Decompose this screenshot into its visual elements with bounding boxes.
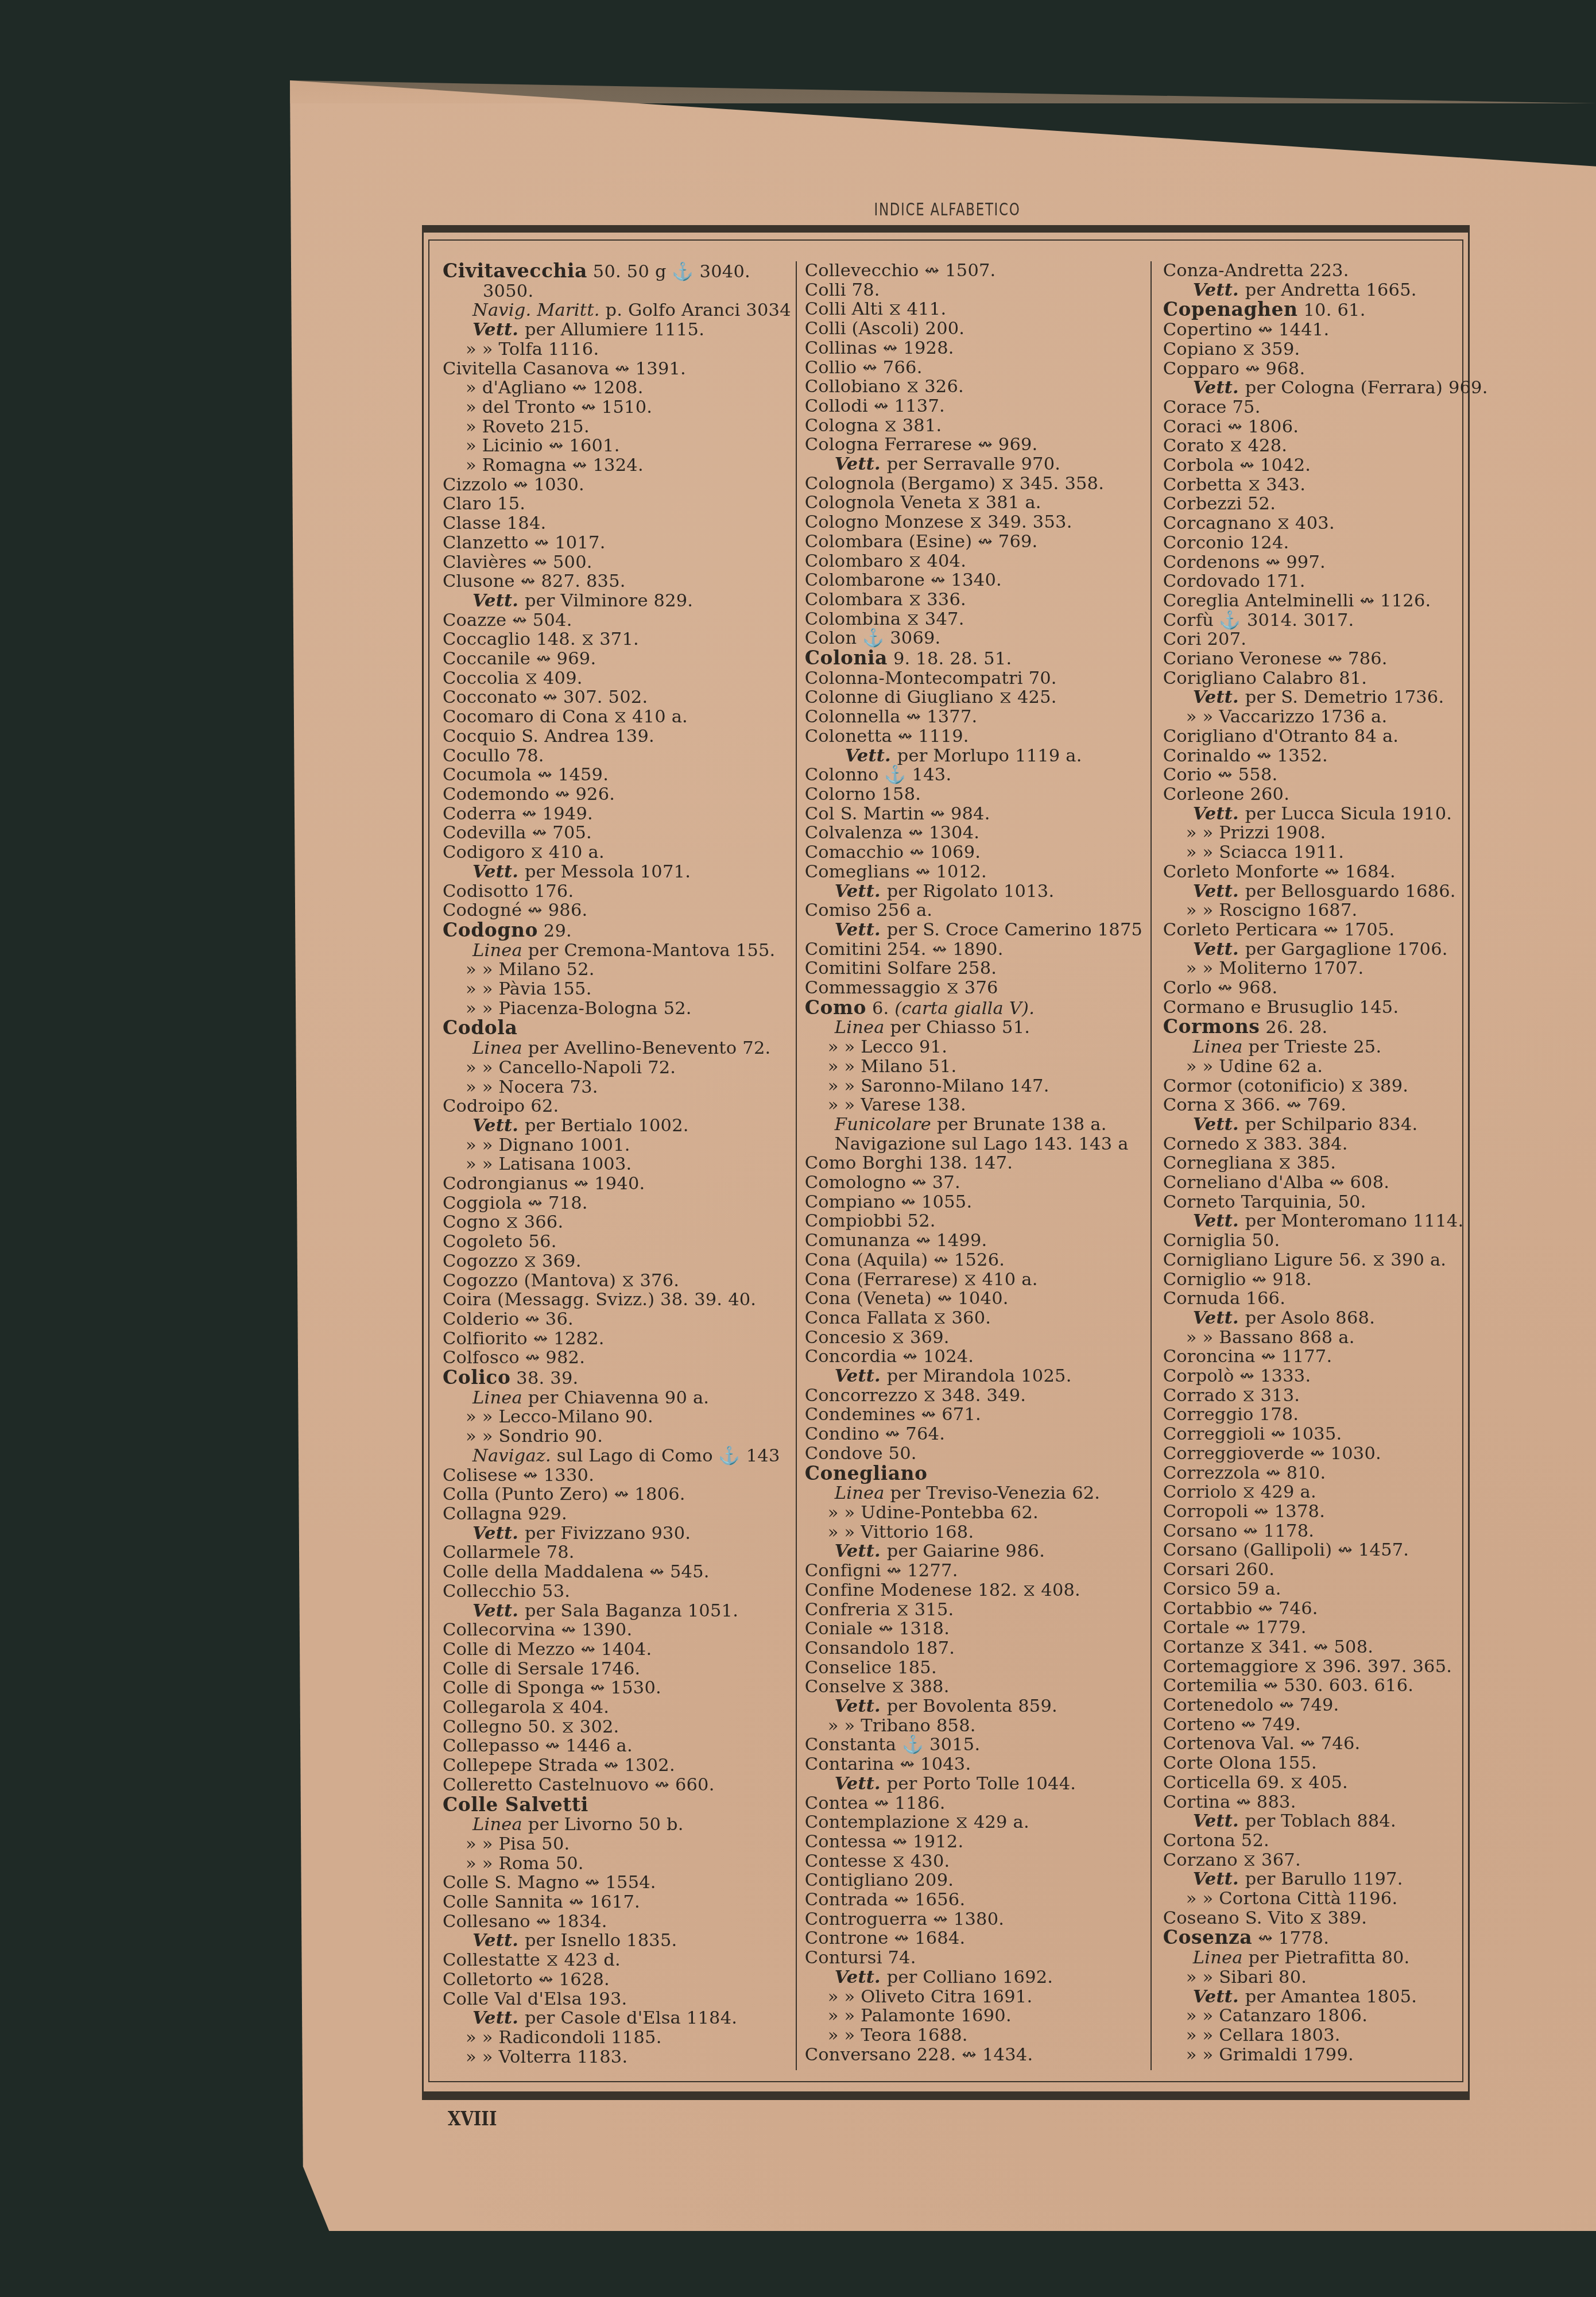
entry-text: per Fivizzano 930. (525, 1523, 691, 1544)
entry-text: Coggiola ↭ 718. (443, 1193, 588, 1213)
service-keyword: Vett. (472, 2008, 525, 2028)
place-name-bold: Colico (443, 1366, 510, 1389)
entry-text: » » Sciacca 1911. (1186, 842, 1344, 863)
entry-text: per Colliano 1692. (887, 1967, 1053, 1987)
index-entry: » » Sondrio 90. (443, 1427, 791, 1447)
index-entry: Correggioli ↭ 1035. (1163, 1425, 1488, 1444)
entry-text: » Licinio ↭ 1601. (466, 436, 620, 456)
service-keyword: Vett. (835, 1366, 887, 1386)
index-entry: Vett. per Monteromano 1114. (1163, 1212, 1488, 1231)
index-entry: Linea per Chiasso 51. (805, 1018, 1146, 1038)
entry-text: per Monteromano 1114. (1245, 1211, 1464, 1231)
service-keyword: Vett. (835, 919, 887, 940)
index-entry: Colognola (Bergamo) ⧖ 345. 358. (805, 474, 1146, 494)
index-entry: Commessaggio ⧖ 376 (805, 979, 1146, 998)
entry-text: Colognola Veneta ⧖ 381 a. (805, 493, 1041, 513)
index-entry: Vett. per Cologna (Ferrara) 969. (1163, 378, 1488, 398)
index-column-2: Collevecchio ↭ 1507.Colli 78.Colli Alti … (797, 261, 1152, 2070)
entry-text: Colonne di Giugliano ⧖ 425. (805, 687, 1057, 707)
index-entry: Condemines ↭ 671. (805, 1405, 1146, 1425)
index-entry: Corte Olona 155. (1163, 1754, 1488, 1773)
index-entry: » » Grimaldi 1799. (1163, 2045, 1488, 2065)
index-entry-heading: Codola (443, 1018, 791, 1039)
entry-text: per Casole d'Elsa 1184. (525, 2008, 737, 2028)
service-keyword: Vett. (472, 1930, 525, 1951)
entry-text: » » Lecco 91. (828, 1037, 947, 1057)
entry-text: Controguerra ↭ 1380. (805, 1909, 1004, 1929)
index-entry: Collarmele 78. (443, 1543, 791, 1563)
index-entry: Colle di Mezzo ↭ 1404. (443, 1640, 791, 1660)
entry-text: Collarmele 78. (443, 1542, 575, 1563)
entry-text: per Pietrafitta 80. (1249, 1948, 1410, 1968)
index-entry: Cogozzo ⧖ 369. (443, 1252, 791, 1271)
entry-text: p. Golfo Aranci 3034 (605, 300, 791, 320)
index-entry: Cona (Veneta) ↭ 1040. (805, 1289, 1146, 1309)
index-entry: Colleretto Castelnuovo ↭ 660. (443, 1776, 791, 1795)
index-entry: » » Milano 51. (805, 1057, 1146, 1077)
entry-text: per Porto Tolle 1044. (887, 1774, 1076, 1794)
index-entry: Copparo ↭ 968. (1163, 359, 1488, 379)
index-entry: Confine Modenese 182. ⧖ 408. (805, 1581, 1146, 1600)
index-entry: Linea per Avellino-Benevento 72. (443, 1039, 791, 1058)
service-keyword: Vett. (1193, 881, 1245, 902)
entry-text: Colombina ⧖ 347. (805, 609, 964, 629)
entry-text: Corriolo ⧖ 429 a. (1163, 1482, 1316, 1502)
entry-text: Codigoro ⧖ 410 a. (443, 842, 605, 863)
index-entry-heading: Como 6. (carta gialla V). (805, 998, 1146, 1019)
entry-text: Coraci ↭ 1806. (1163, 417, 1299, 437)
index-entry: Como Borghi 138. 147. (805, 1154, 1146, 1173)
entry-text: Collio ↭ 766. (805, 358, 923, 378)
entry-text: per Vilminore 829. (525, 591, 693, 611)
entry-text: per Gaiarine 986. (887, 1541, 1045, 1561)
index-entry: Contigliano 209. (805, 1871, 1146, 1890)
entry-text: Colombara ⧖ 336. (805, 590, 966, 610)
entry-text: » » Oliveto Citra 1691. (828, 1987, 1033, 2007)
index-entry: Coseano S. Vito ⧖ 389. (1163, 1909, 1488, 1928)
page-refs: 29. (538, 921, 572, 941)
entry-text: Coccolia ⧖ 409. (443, 668, 583, 689)
index-entry: Cortanze ⧖ 341. ↭ 508. (1163, 1638, 1488, 1657)
entry-text: Corna ⧖ 366. ↭ 769. (1163, 1095, 1346, 1115)
service-keyword: Vett. (835, 1773, 887, 1794)
index-entry: Corbezzi 52. (1163, 494, 1488, 514)
index-entry: Comacchio ↭ 1069. (805, 843, 1146, 863)
index-entry: Coraci ↭ 1806. (1163, 417, 1488, 437)
service-keyword: Vett. (472, 1115, 525, 1136)
index-entry: Contarina ↭ 1043. (805, 1755, 1146, 1774)
entry-text: Cornigliano Ligure 56. ⧖ 390 a. (1163, 1250, 1446, 1270)
entry-text: 3050. (483, 281, 533, 301)
entry-text: » » Palamonte 1690. (828, 2006, 1012, 2026)
index-entry: Conca Fallata ⧖ 360. (805, 1309, 1146, 1328)
service-keyword: Vett. (472, 319, 525, 340)
entry-text: per Toblach 884. (1245, 1811, 1396, 1831)
index-entry: Corio ↭ 558. (1163, 765, 1488, 785)
map-note: (carta gialla V). (889, 999, 1035, 1019)
entry-text: Correggioverde ↭ 1030. (1163, 1444, 1381, 1464)
index-entry: Coniale ↭ 1318. (805, 1619, 1146, 1639)
entry-text: » » Cortona Città 1196. (1186, 1889, 1398, 1909)
place-name-bold: Como (805, 996, 866, 1019)
entry-text: » » Cancello-Napoli 72. (466, 1058, 676, 1078)
index-entry: Colombara ⧖ 336. (805, 590, 1146, 610)
entry-text: Constanta ⚓ 3015. (805, 1735, 981, 1755)
index-entry: Coreglia Antelminelli ↭ 1126. (1163, 591, 1488, 611)
entry-text: » » Teora 1688. (828, 2025, 968, 2045)
index-entry: Codrongianus ↭ 1940. (443, 1174, 791, 1194)
entry-text: Colombarone ↭ 1340. (805, 570, 1002, 590)
index-entry: Corneto Tarquinia, 50. (1163, 1193, 1488, 1212)
index-entry: Condino ↭ 764. (805, 1425, 1146, 1444)
index-entry: Cortenedolo ↭ 749. (1163, 1696, 1488, 1715)
entry-text: » » Sibari 80. (1186, 1967, 1307, 1987)
index-entry: Cortale ↭ 1779. (1163, 1618, 1488, 1638)
entry-text: Collepepe Strada ↭ 1302. (443, 1755, 675, 1776)
index-entry: Cornigliano Ligure 56. ⧖ 390 a. (1163, 1251, 1488, 1270)
index-entry: Cona (Ferrarese) ⧖ 410 a. (805, 1270, 1146, 1290)
entry-text: » » Moliterno 1707. (1186, 958, 1364, 979)
index-entry: Colli 78. (805, 281, 1146, 300)
entry-text: per Bertialo 1002. (525, 1116, 689, 1136)
entry-text: » » Udine-Pontebba 62. (828, 1503, 1039, 1523)
entry-text: Cona (Aquila) ↭ 1526. (805, 1250, 1005, 1270)
entry-text: per Cologna (Ferrara) 969. (1245, 378, 1488, 398)
entry-text: » » Vaccarizzo 1736 a. (1186, 707, 1388, 727)
index-entry: Controguerra ↭ 1380. (805, 1910, 1146, 1929)
index-entry: » » Nocera 73. (443, 1078, 791, 1097)
entry-text: Concorrezzo ⧖ 348. 349. (805, 1386, 1026, 1406)
entry-text: Corsano (Gallipoli) ↭ 1457. (1163, 1540, 1409, 1560)
index-entry: » » Udine 62 a. (1163, 1057, 1488, 1077)
index-entry: Corleto Perticara ↭ 1705. (1163, 921, 1488, 940)
index-entry: Comitini 254. ↭ 1890. (805, 940, 1146, 960)
entry-text: » d'Agliano ↭ 1208. (466, 378, 644, 398)
entry-text: Confreria ⧖ 315. (805, 1600, 954, 1620)
index-entry: » » Lecco 91. (805, 1038, 1146, 1057)
index-entry: Configni ↭ 1277. (805, 1561, 1146, 1581)
index-entry: Cocumola ↭ 1459. (443, 765, 791, 785)
index-entry: Cogoleto 56. (443, 1232, 791, 1252)
entry-text: Corniglio ↭ 918. (1163, 1270, 1312, 1290)
index-entry: Cogozzo (Mantova) ⧖ 376. (443, 1271, 791, 1291)
index-entry: Cocquio S. Andrea 139. (443, 727, 791, 747)
index-entry: Corconio 124. (1163, 533, 1488, 553)
index-entry: Corna ⧖ 366. ↭ 769. (1163, 1096, 1488, 1115)
entry-text: » » Roma 50. (466, 1854, 584, 1874)
entry-text: Coira (Messagg. Svizz.) 38. 39. 40. (443, 1290, 756, 1310)
entry-text: Colisese ↭ 1330. (443, 1465, 594, 1486)
index-entry: » » Lecco-Milano 90. (443, 1407, 791, 1427)
entry-text: » » Grimaldi 1799. (1186, 2045, 1354, 2065)
index-entry: Colvalenza ↭ 1304. (805, 823, 1146, 843)
entry-text: Compiobbi 52. (805, 1211, 936, 1231)
index-entry: Vett. per Allumiere 1115. (443, 320, 791, 340)
index-entry: Collepasso ↭ 1446 a. (443, 1737, 791, 1756)
index-entry: Corniglio ↭ 918. (1163, 1270, 1488, 1290)
place-name-bold: Copenaghen (1163, 298, 1298, 320)
index-entry: Vett. per Bellosguardo 1686. (1163, 882, 1488, 902)
entry-text: Colle di Sponga ↭ 1530. (443, 1678, 661, 1698)
place-name-bold: Codogno (443, 919, 538, 941)
entry-text: per Lucca Sicula 1910. (1245, 804, 1452, 824)
entry-text: per Morlupo 1119 a. (897, 746, 1082, 766)
index-entry: Collepepe Strada ↭ 1302. (443, 1756, 791, 1776)
service-keyword: Vett. (472, 1600, 525, 1621)
index-entry-heading: Copenaghen 10. 61. (1163, 300, 1488, 320)
entry-text: Como Borghi 138. 147. (805, 1153, 1013, 1173)
service-keyword: Linea (1193, 1948, 1249, 1968)
entry-text: per Schilpario 834. (1245, 1115, 1418, 1135)
entry-text: Colle Sannita ↭ 1617. (443, 1892, 640, 1912)
index-entry-heading: Conegliano (805, 1464, 1146, 1484)
page-refs: 38. 39. (510, 1368, 578, 1389)
entry-text: Corace 75. (1163, 397, 1261, 417)
entry-text: Coccaglio 148. ⧖ 371. (443, 629, 639, 649)
index-columns: Civitavecchia 50. 50 g ⚓ 3040.3050.Navig… (439, 261, 1467, 2076)
index-entry: Coderra ↭ 1949. (443, 805, 791, 824)
index-entry: Cormor (cotonificio) ⧖ 389. (1163, 1077, 1488, 1096)
index-entry: Comunanza ↭ 1499. (805, 1231, 1146, 1251)
entry-text: » » Dignano 1001. (466, 1135, 630, 1155)
index-entry: Correggioverde ↭ 1030. (1163, 1444, 1488, 1464)
entry-text: per Isnello 1835. (525, 1931, 677, 1951)
entry-text: Codemondo ↭ 926. (443, 784, 615, 805)
entry-text: Corniglia 50. (1163, 1231, 1280, 1251)
service-keyword: Linea (472, 1038, 528, 1058)
entry-text: Concesio ⧖ 369. (805, 1328, 950, 1348)
index-entry: Compiobbi 52. (805, 1212, 1146, 1231)
running-head: INDICE ALFABETICO (801, 200, 1094, 220)
entry-text: » » Nocera 73. (466, 1077, 598, 1097)
entry-text: Corigliano d'Otranto 84 a. (1163, 726, 1399, 747)
entry-text: » del Tronto ↭ 1510. (466, 397, 652, 417)
entry-text: Navigazione sul Lago 143. 143 a (835, 1134, 1129, 1154)
index-entry: » » Prizzi 1908. (1163, 823, 1488, 843)
index-entry: Vett. per Vilminore 829. (443, 591, 791, 611)
index-entry: Corzano ⧖ 367. (1163, 1851, 1488, 1870)
index-entry: Colfiorito ↭ 1282. (443, 1329, 791, 1349)
entry-text: Colfosco ↭ 982. (443, 1348, 585, 1368)
index-entry: » » Roma 50. (443, 1854, 791, 1874)
page-refs: 26. 28. (1260, 1018, 1327, 1038)
index-entry: Vett. per Fivizzano 930. (443, 1524, 791, 1544)
index-entry: » » Moliterno 1707. (1163, 959, 1488, 979)
index-entry: Vett. per Gargaglione 1706. (1163, 940, 1488, 960)
service-keyword: Linea (472, 941, 528, 961)
entry-text: Colorno 158. (805, 784, 921, 805)
entry-text: Clavières ↭ 500. (443, 552, 592, 573)
index-entry: Linea per Treviso-Venezia 62. (805, 1484, 1146, 1503)
entry-text: Claro 15. (443, 494, 525, 514)
entry-text: Codroipo 62. (443, 1096, 559, 1116)
index-entry-heading: Colico 38. 39. (443, 1368, 791, 1389)
entry-text: Colombara (Esine) ↭ 769. (805, 532, 1038, 552)
entry-text: Confine Modenese 182. ⧖ 408. (805, 1580, 1080, 1600)
entry-text: » » Catanzaro 1806. (1186, 2006, 1368, 2026)
index-entry: » » Pàvia 155. (443, 980, 791, 999)
entry-text: Cormor (cotonificio) ⧖ 389. (1163, 1076, 1408, 1096)
entry-text: Coniale ↭ 1318. (805, 1619, 950, 1639)
index-entry: Collegno 50. ⧖ 302. (443, 1718, 791, 1737)
service-keyword: Vett. (1193, 803, 1245, 824)
entry-text: Colvalenza ↭ 1304. (805, 823, 979, 843)
index-entry: » » Sciacca 1911. (1163, 843, 1488, 863)
service-keyword: Vett. (472, 1523, 525, 1544)
index-entry: Colletorto ↭ 1628. (443, 1970, 791, 1990)
index-entry: Col S. Martin ↭ 984. (805, 805, 1146, 824)
entry-text: Cornegliana ⧖ 385. (1163, 1153, 1336, 1173)
index-entry: Colle della Maddalena ↭ 545. (443, 1563, 791, 1582)
index-entry: Codogné ↭ 986. (443, 901, 791, 921)
entry-text: per Andretta 1665. (1245, 280, 1417, 300)
index-entry: Collio ↭ 766. (805, 358, 1146, 378)
entry-text: Collestatte ⧖ 423 d. (443, 1950, 621, 1970)
index-entry: Coccanile ↭ 969. (443, 649, 791, 669)
entry-text: per S. Croce Camerino 1875 (887, 920, 1143, 940)
entry-text: Cortenova Val. ↭ 746. (1163, 1734, 1361, 1754)
entry-text: Contursi 74. (805, 1948, 916, 1968)
index-entry: Cornegliana ⧖ 385. (1163, 1154, 1488, 1173)
entry-text: Corio ↭ 558. (1163, 765, 1278, 785)
index-entry: Navig. Maritt. p. Golfo Aranci 3034 (443, 301, 791, 320)
service-keyword: Vett. (1193, 1114, 1245, 1135)
index-entry: Comologno ↭ 37. (805, 1173, 1146, 1193)
entry-text: Copparo ↭ 968. (1163, 359, 1306, 379)
index-entry: Collagna 929. (443, 1505, 791, 1524)
index-entry: Coriano Veronese ↭ 786. (1163, 649, 1488, 669)
entry-text: Corticella 69. ⧖ 405. (1163, 1773, 1348, 1793)
index-entry: Corleto Monforte ↭ 1684. (1163, 863, 1488, 882)
index-entry: Vett. per Andretta 1665. (1163, 281, 1488, 300)
index-entry: Condove 50. (805, 1444, 1146, 1464)
entry-text: per Sala Baganza 1051. (525, 1601, 738, 1621)
service-keyword: Linea (472, 1388, 528, 1408)
entry-text: Colon ⚓ 3069. (805, 628, 941, 648)
index-entry: Clusone ↭ 827. 835. (443, 572, 791, 591)
index-entry: Cona (Aquila) ↭ 1526. (805, 1251, 1146, 1270)
index-entry: » » Latisana 1003. (443, 1155, 791, 1174)
index-entry-heading: Cosenza ↭ 1778. (1163, 1928, 1488, 1948)
index-entry: Copertino ↭ 1441. (1163, 320, 1488, 340)
index-entry: » » Vaccarizzo 1736 a. (1163, 707, 1488, 727)
index-entry: Vett. per Rigolato 1013. (805, 882, 1146, 902)
index-entry: » » Vittorio 168. (805, 1523, 1146, 1542)
index-entry: Vett. per Bovolenta 859. (805, 1697, 1146, 1716)
index-entry: Comeglians ↭ 1012. (805, 863, 1146, 882)
index-entry: Coazze ↭ 504. (443, 611, 791, 631)
entry-text: Concordia ↭ 1024. (805, 1347, 974, 1367)
entry-text: Corlo ↭ 968. (1163, 978, 1278, 998)
index-entry: Vett. per Morlupo 1119 a. (805, 747, 1146, 766)
index-entry: » » Volterra 1183. (443, 2048, 791, 2067)
entry-text: Corpolò ↭ 1333. (1163, 1366, 1311, 1386)
index-entry: Codemondo ↭ 926. (443, 785, 791, 805)
entry-text: Copertino ↭ 1441. (1163, 320, 1330, 340)
place-name-bold: Civitavecchia (443, 260, 587, 282)
entry-text: per Gargaglione 1706. (1245, 939, 1448, 960)
place-name-bold: Colonia (805, 647, 888, 669)
entry-text: Corfù ⚓ 3014. 3017. (1163, 610, 1354, 631)
entry-text: Colonno ⚓ 143. (805, 765, 952, 785)
index-entry: Corigliano d'Otranto 84 a. (1163, 727, 1488, 747)
index-entry: Cordovado 171. (1163, 572, 1488, 591)
page-refs: 9. 18. 28. 51. (888, 649, 1012, 669)
entry-text: Controne ↭ 1684. (805, 1928, 966, 1948)
entry-text: Copiano ⧖ 359. (1163, 339, 1300, 359)
entry-text: Cordenons ↭ 997. (1163, 552, 1326, 573)
entry-text: Conselice 185. (805, 1658, 937, 1678)
entry-text: Contesse ⧖ 430. (805, 1851, 950, 1871)
index-entry: Corace 75. (1163, 398, 1488, 417)
index-entry: » » Palamonte 1690. (805, 2006, 1146, 2026)
entry-text: » » Milano 52. (466, 960, 595, 980)
index-entry: » » Piacenza-Bologna 52. (443, 999, 791, 1019)
service-keyword: Vett. (1193, 1986, 1245, 2007)
entry-text: Contrada ↭ 1656. (805, 1890, 966, 1910)
entry-text: per S. Demetrio 1736. (1245, 687, 1444, 707)
index-entry: Linea per Livorno 50 b. (443, 1815, 791, 1835)
entry-text: Colonnella ↭ 1377. (805, 707, 978, 727)
index-entry: Cologna ⧖ 381. (805, 416, 1146, 436)
entry-text: Corbola ↭ 1042. (1163, 455, 1311, 475)
entry-text: Corsari 260. (1163, 1560, 1275, 1580)
entry-text: » » Tribano 858. (828, 1716, 976, 1736)
index-entry: Vett. per Bertialo 1002. (443, 1116, 791, 1136)
entry-text: Colletorto ↭ 1628. (443, 1970, 610, 1990)
entry-text: » » Latisana 1003. (466, 1154, 632, 1174)
entry-text: » Roveto 215. (466, 417, 590, 437)
index-entry: Corsico 59 a. (1163, 1580, 1488, 1599)
index-entry: Contesse ⧖ 430. (805, 1852, 1146, 1871)
entry-text: sul Lago di Como ⚓ 143 (557, 1446, 780, 1466)
entry-text: Configni ↭ 1277. (805, 1561, 958, 1581)
index-entry: Contursi 74. (805, 1948, 1146, 1968)
index-entry: Cordenons ↭ 997. (1163, 553, 1488, 573)
index-entry: Corpolò ↭ 1333. (1163, 1367, 1488, 1386)
index-entry: Colle Sannita ↭ 1617. (443, 1893, 791, 1912)
entry-text: Corigliano Calabro 81. (1163, 668, 1367, 689)
entry-text: Cocconato ↭ 307. 502. (443, 687, 648, 707)
entry-text: Cogozzo ⧖ 369. (443, 1251, 582, 1271)
page-refs: ↭ 1778. (1252, 1928, 1329, 1948)
entry-text: Collecchio 53. (443, 1581, 570, 1602)
index-entry: Colle S. Magno ↭ 1554. (443, 1873, 791, 1893)
index-entry: Comitini Solfare 258. (805, 959, 1146, 979)
entry-text: Coccanile ↭ 969. (443, 649, 596, 669)
entry-text: Cortina ↭ 883. (1163, 1792, 1296, 1812)
entry-text: Corleto Perticara ↭ 1705. (1163, 920, 1394, 940)
index-entry: Comiso 256 a. (805, 901, 1146, 921)
index-entry: Corinaldo ↭ 1352. (1163, 747, 1488, 766)
index-entry: Vett. per Schilpario 834. (1163, 1115, 1488, 1135)
index-entry: Vett. per Serravalle 970. (805, 455, 1146, 474)
index-entry: » » Radicondoli 1185. (443, 2028, 791, 2048)
service-keyword: Vett. (1193, 280, 1245, 300)
index-entry: Colombara (Esine) ↭ 769. (805, 532, 1146, 552)
entry-text: Cona (Veneta) ↭ 1040. (805, 1289, 1009, 1309)
index-entry: Contrada ↭ 1656. (805, 1890, 1146, 1910)
entry-text: » » Piacenza-Bologna 52. (466, 999, 692, 1019)
entry-text: Cocullo 78. (443, 746, 544, 766)
index-entry: Corleone 260. (1163, 785, 1488, 805)
index-entry: Copiano ⧖ 359. (1163, 340, 1488, 359)
entry-text: Col S. Martin ↭ 984. (805, 804, 990, 824)
index-entry: Codevilla ↭ 705. (443, 823, 791, 843)
entry-text: » » Vittorio 168. (828, 1522, 974, 1542)
index-entry: Colonno ⚓ 143. (805, 765, 1146, 785)
index-entry: Correzzola ↭ 810. (1163, 1464, 1488, 1483)
